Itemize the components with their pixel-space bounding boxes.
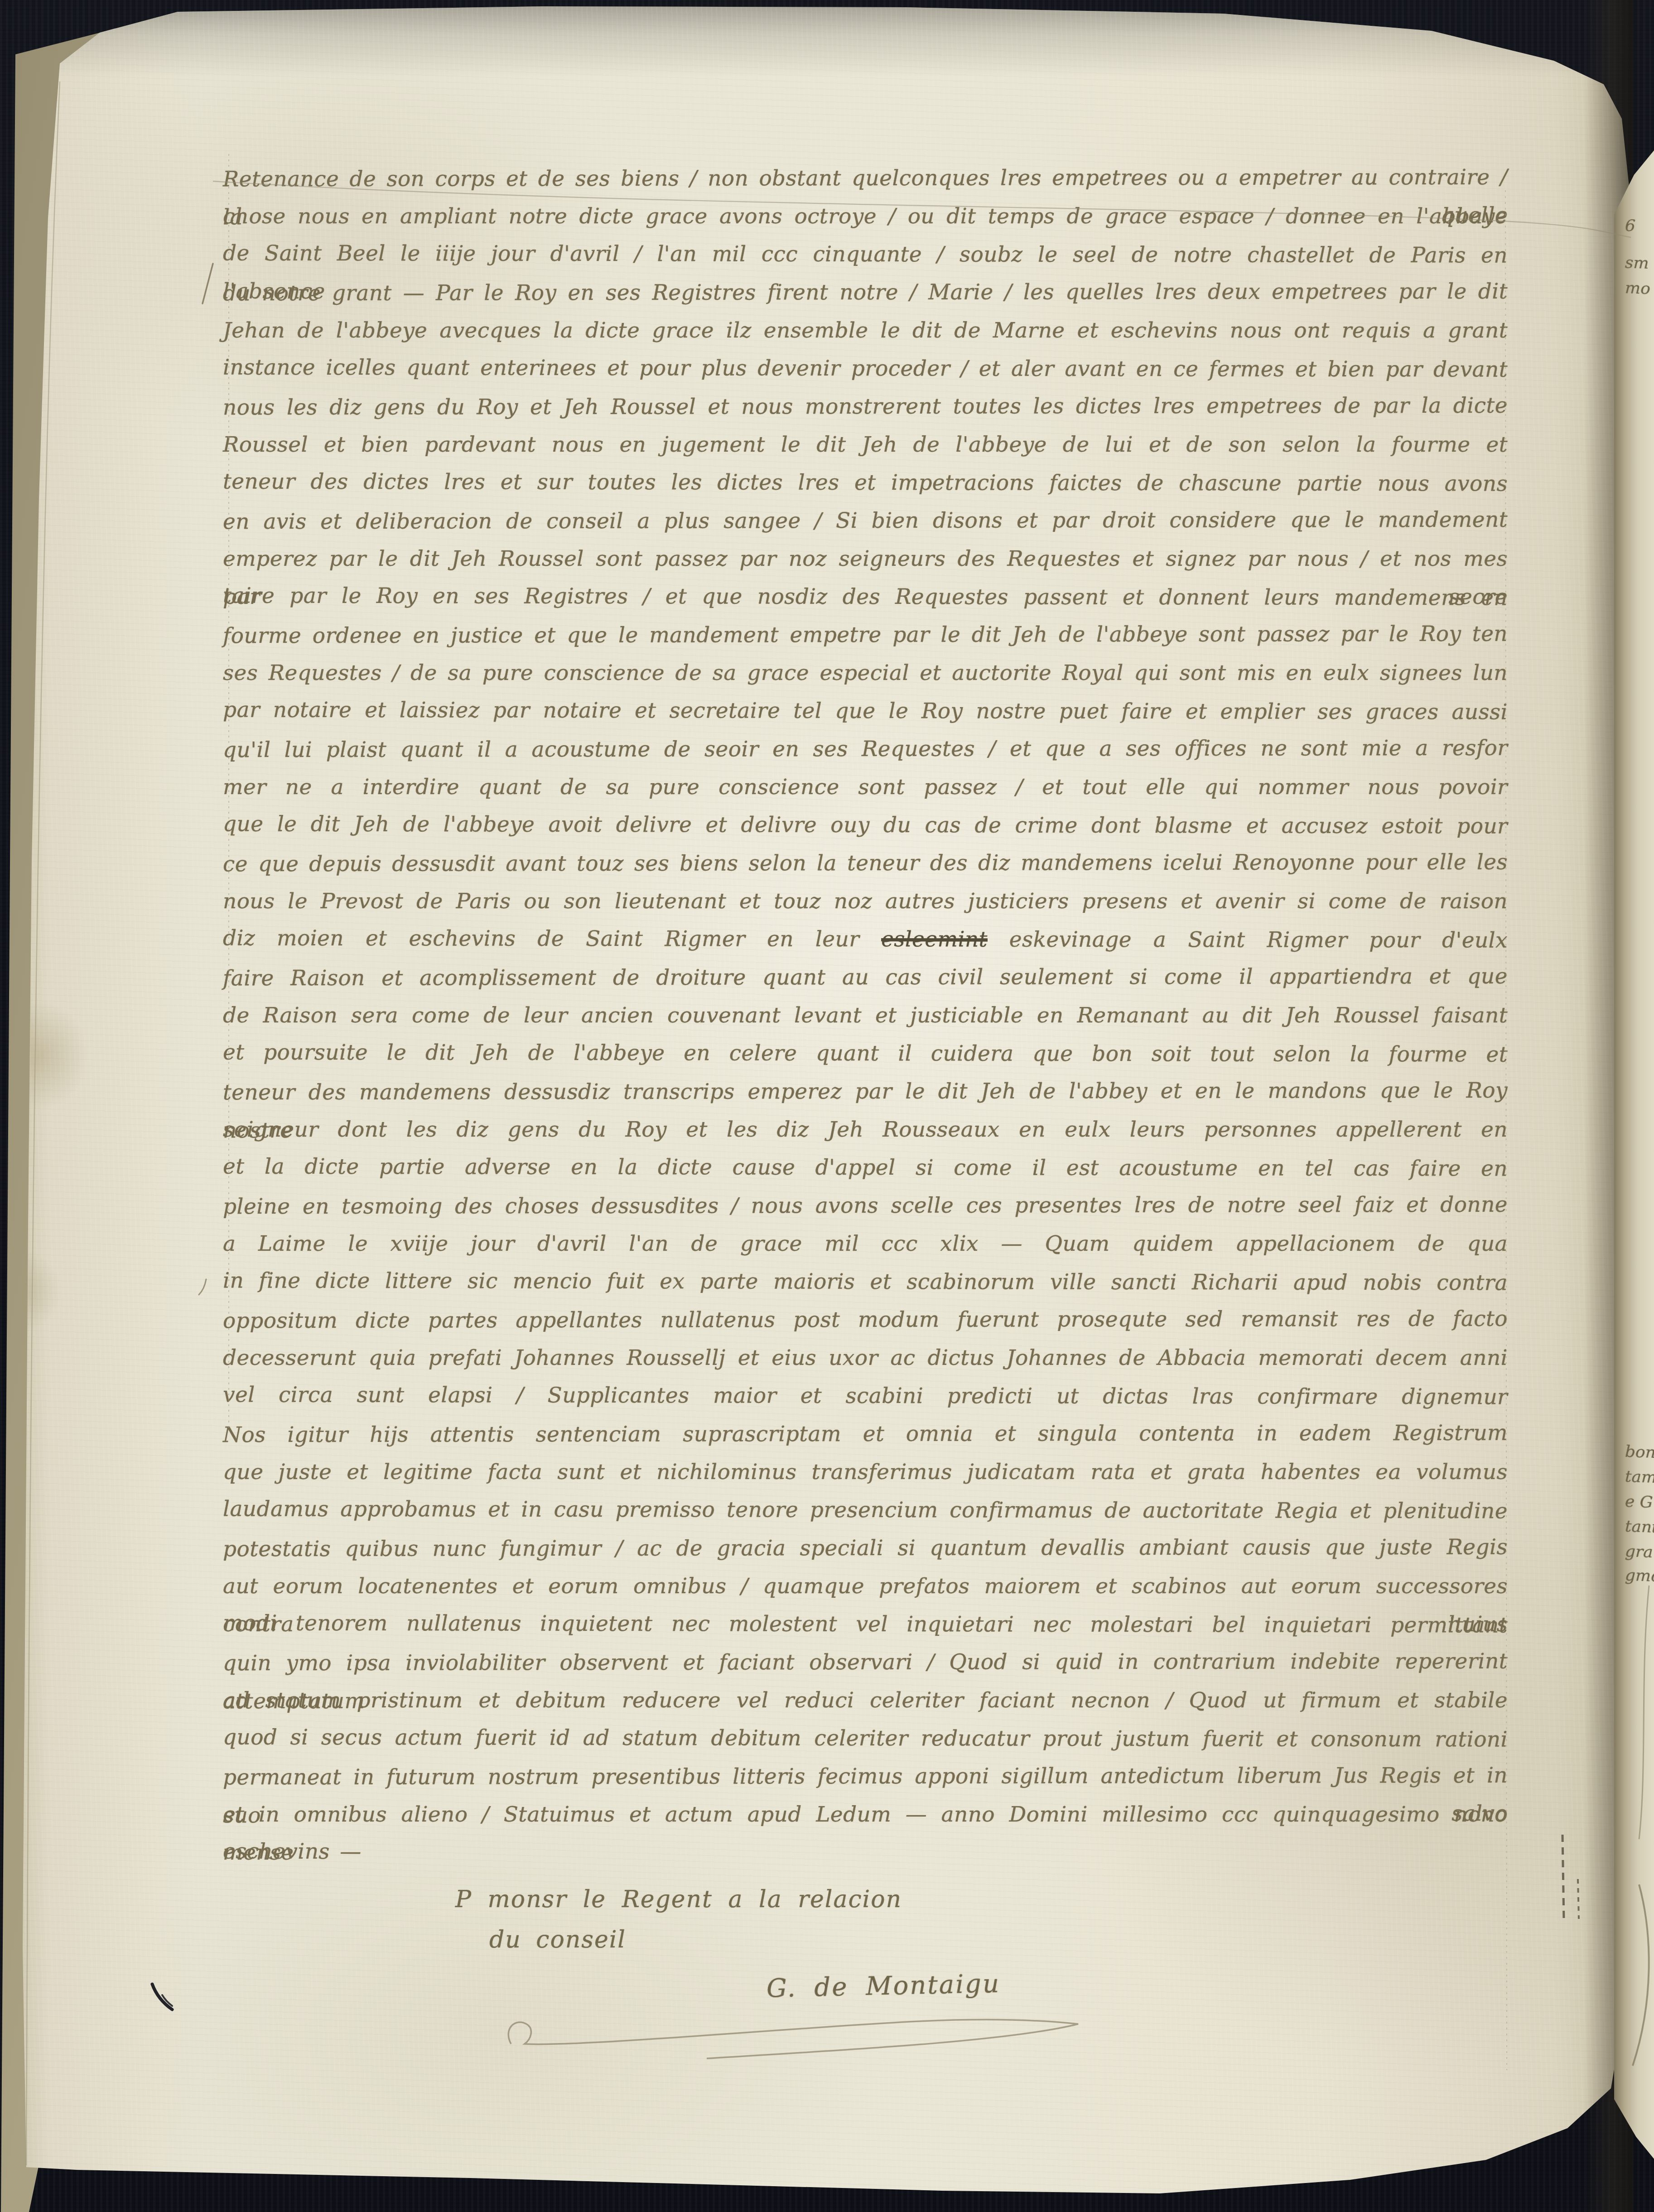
manuscript-line: Jehan de l'abbeye avecques la dicte grac…	[223, 312, 1508, 350]
manuscript-line: decesserunt quia prefati Johannes Rousse…	[223, 1339, 1508, 1377]
manuscript-line: que le dit Jeh de l'abbeye avoit delivre…	[223, 805, 1508, 846]
manuscript-line: a Laime le xviije jour d'avril l'an de g…	[223, 1225, 1508, 1263]
manuscript-line: en avis et deliberacion de conseil a plu…	[223, 501, 1508, 541]
closing-note-line-1: P monsr le Regent a la relacion	[455, 1886, 902, 1913]
manuscript-line: de Raison sera come de leur ancien couve…	[223, 997, 1508, 1035]
signature: G. de Montaigu	[766, 1969, 1000, 2004]
manuscript-line: faire Raison et acomplissement de droitu…	[223, 958, 1508, 998]
adjacent-folio-text-fragment: gra	[1625, 1542, 1653, 1561]
manuscript-line: teneur des dictes lres et sur toutes les…	[223, 463, 1508, 503]
adjacent-folio-text-fragment: sm	[1625, 253, 1649, 273]
manuscript-line: permaneat in futurum nostrum presentibus…	[223, 1757, 1508, 1797]
manuscript-line: ses Requestes / de sa pure conscience de…	[223, 654, 1508, 692]
manuscript-line: du notre grant — Par le Roy en ses Regis…	[223, 273, 1508, 313]
manuscript-line: par notaire et laissiez par notaire et s…	[223, 691, 1508, 732]
adjacent-folio-text-fragment: tam	[1625, 1467, 1654, 1487]
manuscript-line: de Saint Beel le iiije jour d'avril / l'…	[223, 235, 1508, 275]
manuscript-line: emperez par le dit Jeh Roussel sont pass…	[223, 540, 1508, 578]
manuscript-line: potestatis quibus nunc fungimur / ac de …	[223, 1528, 1508, 1568]
manuscript-line: diz moien et eschevins de Saint Rigmer e…	[223, 920, 1508, 960]
adjacent-folio-text-fragment: tant	[1625, 1517, 1654, 1537]
manuscript-line: in fine dicte littere sic mencio fuit ex…	[223, 1262, 1508, 1302]
manuscript-line: quin ymo ipsa inviolabiliter observent e…	[223, 1643, 1508, 1682]
manuscript-photo: Retenance de son corps et de ses biens /…	[0, 0, 1654, 2212]
adjacent-folio-edge: 6smmobontame Gtantgragmo	[1614, 0, 1654, 2212]
manuscript-line: ad statum pristinum et debitum reducere …	[223, 1682, 1508, 1720]
manuscript-line: ce que depuis dessusdit avant touz ses b…	[223, 843, 1508, 883]
text-block: Retenance de son corps et de ses biens /…	[223, 159, 1508, 1872]
manuscript-line: Retenance de son corps et de ses biens /…	[223, 159, 1508, 198]
manuscript-line: qu'il lui plaist quant il a acoustume de…	[223, 729, 1508, 769]
strikethrough-word: esleemint	[881, 927, 988, 952]
manuscript-line: pleine en tesmoing des choses dessusdite…	[223, 1186, 1508, 1226]
manuscript-line: teneur des mandemens dessusdiz transcrip…	[223, 1072, 1508, 1112]
manuscript-line: nous les diz gens du Roy et Jeh Roussel …	[223, 387, 1508, 427]
manuscript-line: instance icelles quant enterinees et pou…	[223, 349, 1508, 389]
manuscript-line: quod si secus actum fuerit id ad statum …	[223, 1719, 1508, 1759]
manuscript-line: nous le Prevost de Paris ou son lieutena…	[223, 882, 1508, 920]
manuscript-line: mer ne a interdire quant de sa pure cons…	[223, 768, 1508, 806]
manuscript-line: taire par le Roy en ses Registres / et q…	[223, 577, 1508, 617]
manuscript-line: vel circa sunt elapsi / Supplicantes mai…	[223, 1376, 1508, 1417]
line-text: eskevinage a Saint Rigmer pour d'eulx	[988, 927, 1508, 953]
adjacent-folio-text-fragment: gmo	[1625, 1566, 1654, 1586]
line-text: diz moien et eschevins de Saint Rigmer e…	[223, 926, 881, 952]
adjacent-folio-text-fragment: 6	[1625, 217, 1635, 236]
manuscript-line: seigneur dont les diz gens du Roy et les…	[223, 1111, 1508, 1149]
manuscript-line: et la dicte partie adverse en la dicte c…	[223, 1148, 1508, 1188]
manuscript-line: modi tenorem nullatenus inquietent nec m…	[223, 1605, 1508, 1645]
manuscript-line: fourme ordenee en justice et que le mand…	[223, 615, 1508, 655]
manuscript-line: oppositum dicte partes appellantes nulla…	[223, 1300, 1508, 1340]
closing-note-line-2: du conseil	[489, 1926, 626, 1953]
manuscript-line: laudamus approbamus et in casu premisso …	[223, 1490, 1508, 1531]
adjacent-folio-text-fragment: bon	[1625, 1442, 1654, 1462]
adjacent-folio-text-fragment: e G	[1625, 1492, 1653, 1512]
manuscript-line: que juste et legitime facta sunt et nich…	[223, 1453, 1508, 1491]
manuscript-line: Nos igitur hijs attentis sentenciam supr…	[223, 1414, 1508, 1454]
manuscript-line: et poursuite le dit Jeh de l'abbeye en c…	[223, 1034, 1508, 1074]
adjacent-folio-text-fragment: mo	[1625, 279, 1650, 298]
manuscript-line: aut eorum locatenentes et eorum omnibus …	[223, 1567, 1508, 1605]
manuscript-line: Roussel et bien pardevant nous en jugeme…	[223, 426, 1508, 464]
manuscript-line: eschevins —	[223, 1833, 1508, 1873]
